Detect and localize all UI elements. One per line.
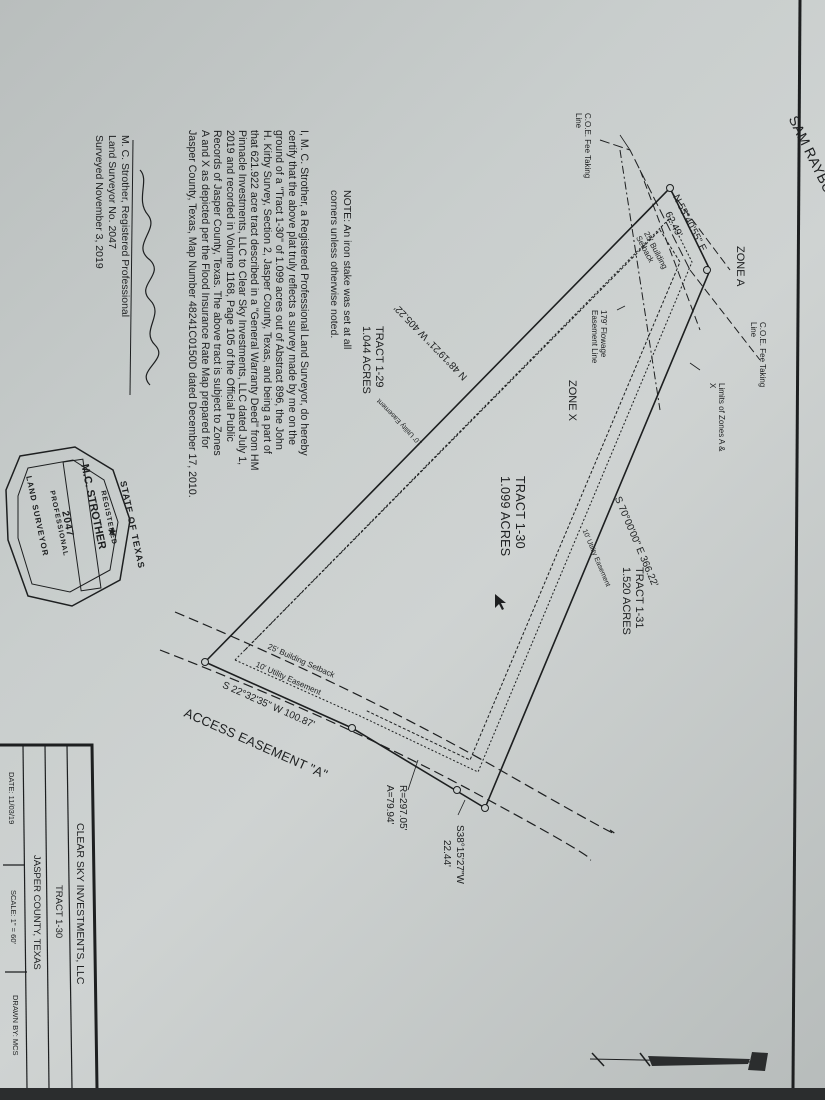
title-county: JASPER COUNTY, TEXAS: [31, 855, 42, 970]
surveyor-name: M. C. Strother, Registered Professional: [119, 135, 131, 317]
zones-limit-callout: Limits of Zones A & X: [708, 383, 726, 453]
signature: [140, 170, 159, 385]
zones-limit-line: [620, 150, 660, 410]
surveyor-certification: I, M. C. Strother, a Registered Professi…: [186, 130, 310, 498]
tract-1-29-acres: 1.044 ACRES: [360, 326, 372, 394]
title-date: DATE: 11/03/19: [7, 772, 16, 824]
tract-1-30-acres: 1.099 ACRES: [498, 476, 512, 556]
mouse-cursor-icon: [494, 593, 508, 611]
building-setback-line: [245, 230, 680, 760]
page-border-right: [793, 0, 800, 1088]
survey-date: Surveyed November 3, 2019: [93, 135, 105, 269]
curve-arc: A=79.94': [384, 785, 395, 824]
setback-road-line: [175, 612, 615, 834]
note-line-1: NOTE: An iron stake was set at all: [341, 190, 353, 349]
tract-1-31-acres: 1.520 ACRES: [620, 567, 632, 635]
title-client: CLEAR SKY INVESTMENTS, LLC: [74, 823, 86, 984]
flowage-easement-callout: 179' Flowage Easement Line: [590, 310, 608, 380]
title-scale: SCALE: 1" = 60': [9, 890, 18, 944]
curve-radius: R=297.05': [397, 785, 408, 831]
zone-a-label: ZONE A: [734, 246, 746, 286]
tract-1-29-name: TRACT 1-29: [373, 326, 385, 388]
surveyor-license: Land Surveyor No. 2047: [106, 135, 118, 249]
title-tract: TRACT 1-30: [53, 885, 64, 938]
chord-distance: 22.44': [441, 840, 452, 867]
tract-1-30-name: TRACT 1-30: [513, 476, 527, 549]
monitor-bezel: [0, 1088, 825, 1100]
chord-bearing: S38°15'27"W: [454, 825, 465, 884]
zone-x-label: ZONE X: [566, 380, 578, 421]
title-drawn-by: DRAWN BY: MCS: [11, 995, 20, 1056]
coe-fee-taking-line-callout-1: C.O.E. Fee Taking Line: [574, 113, 592, 183]
coe-fee-taking-line-callout-2: C.O.E. Fee Taking Line: [749, 322, 767, 392]
north-arrow-icon: [748, 1052, 768, 1071]
note-line-2: corners unless otherwise noted.: [328, 190, 340, 338]
tract-1-31-name: TRACT 1-31: [633, 567, 645, 629]
